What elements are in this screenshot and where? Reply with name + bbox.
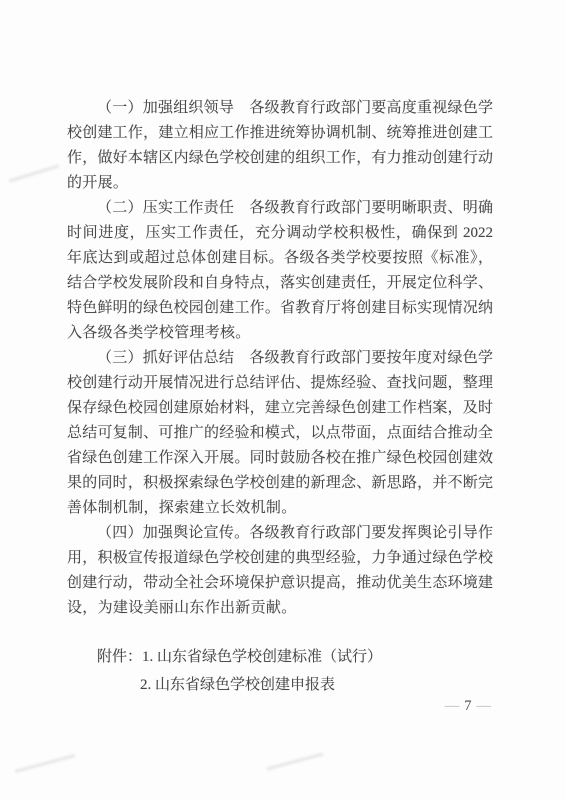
scan-artifact bbox=[267, 753, 324, 771]
paragraph-2: （二）压实工作责任 各级教育行政部门要明晰职责、明确时间进度，压实工作责任，充分… bbox=[67, 196, 493, 346]
page-number-dash-left: — bbox=[445, 698, 461, 714]
text-line: 用，积极宣传报道绿色学校创建的典型经验，力争通过绿色学校 bbox=[67, 546, 493, 571]
text-line: 校创建工作，建立相应工作推进统筹协调机制、统筹推进创建工 bbox=[67, 121, 493, 146]
text-line: 特色鲜明的绿色校园创建工作。省教育厅将创建目标实现情况纳 bbox=[67, 296, 493, 321]
text-line: 作，做好本辖区内绿色学校创建的组织工作，有力推动创建行动 bbox=[67, 146, 493, 171]
paragraph-4: （四）加强舆论宣传。各级教育行政部门要发挥舆论引导作用，积极宣传报道绿色学校创建… bbox=[67, 521, 493, 621]
text-line: 年底达到或超过总体创建目标。各级各类学校要按照《标准》， bbox=[67, 246, 493, 271]
text-line: （二）压实工作责任 各级教育行政部门要明晰职责、明确 bbox=[67, 196, 493, 221]
attachment-block: 附件：1. 山东省绿色学校创建标准（试行） 2. 山东省绿色学校创建申报表 bbox=[67, 645, 493, 698]
attachment-line-2: 2. 山东省绿色学校创建申报表 bbox=[67, 673, 493, 698]
text-line: （四）加强舆论宣传。各级教育行政部门要发挥舆论引导作 bbox=[67, 521, 493, 546]
scan-artifact bbox=[9, 164, 60, 182]
text-line: 设，为建设美丽山东作出新贡献。 bbox=[67, 596, 493, 621]
document-page: （一）加强组织领导 各级教育行政部门要高度重视绿色学校创建工作，建立相应工作推进… bbox=[0, 0, 565, 800]
text-line: 总结可复制、可推广的经验和模式，以点带面，点面结合推动全 bbox=[67, 421, 493, 446]
scan-artifact bbox=[15, 754, 76, 773]
text-line: 果的同时，积极探索绿色学校创建的新理念、新思路，并不断完 bbox=[67, 471, 493, 496]
text-line: （三）抓好评估总结 各级教育行政部门要按年度对绿色学 bbox=[67, 346, 493, 371]
text-line: （一）加强组织领导 各级教育行政部门要高度重视绿色学 bbox=[67, 96, 493, 121]
text-line: 入各级各类学校管理考核。 bbox=[67, 321, 493, 346]
text-line: 时间进度，压实工作责任，充分调动学校积极性，确保到 2022 bbox=[67, 221, 493, 246]
document-body: （一）加强组织领导 各级教育行政部门要高度重视绿色学校创建工作，建立相应工作推进… bbox=[67, 96, 493, 621]
page-number-value: 7 bbox=[460, 698, 476, 714]
text-line: 的开展。 bbox=[67, 171, 493, 196]
text-line: 保存绿色校园创建原始材料，建立完善绿色创建工作档案，及时 bbox=[67, 396, 493, 421]
text-line: 省绿色创建工作深入开展。同时鼓励各校在推广绿色校园创建效 bbox=[67, 446, 493, 471]
text-line: 创建行动，带动全社会环境保护意识提高，推动优美生态环境建 bbox=[67, 571, 493, 596]
page-number: —7— bbox=[445, 694, 492, 719]
paragraph-3: （三）抓好评估总结 各级教育行政部门要按年度对绿色学校创建行动开展情况进行总结评… bbox=[67, 346, 493, 521]
text-line: 校创建行动开展情况进行总结评估、提炼经验、查找问题，整理 bbox=[67, 371, 493, 396]
page-number-dash-right: — bbox=[477, 698, 493, 714]
text-line: 结合学校发展阶段和自身特点，落实创建责任，开展定位科学、 bbox=[67, 271, 493, 296]
text-line: 善体制机制，探索建立长效机制。 bbox=[67, 496, 493, 521]
attachment-line-1: 附件：1. 山东省绿色学校创建标准（试行） bbox=[67, 645, 493, 670]
paragraph-1: （一）加强组织领导 各级教育行政部门要高度重视绿色学校创建工作，建立相应工作推进… bbox=[67, 96, 493, 196]
